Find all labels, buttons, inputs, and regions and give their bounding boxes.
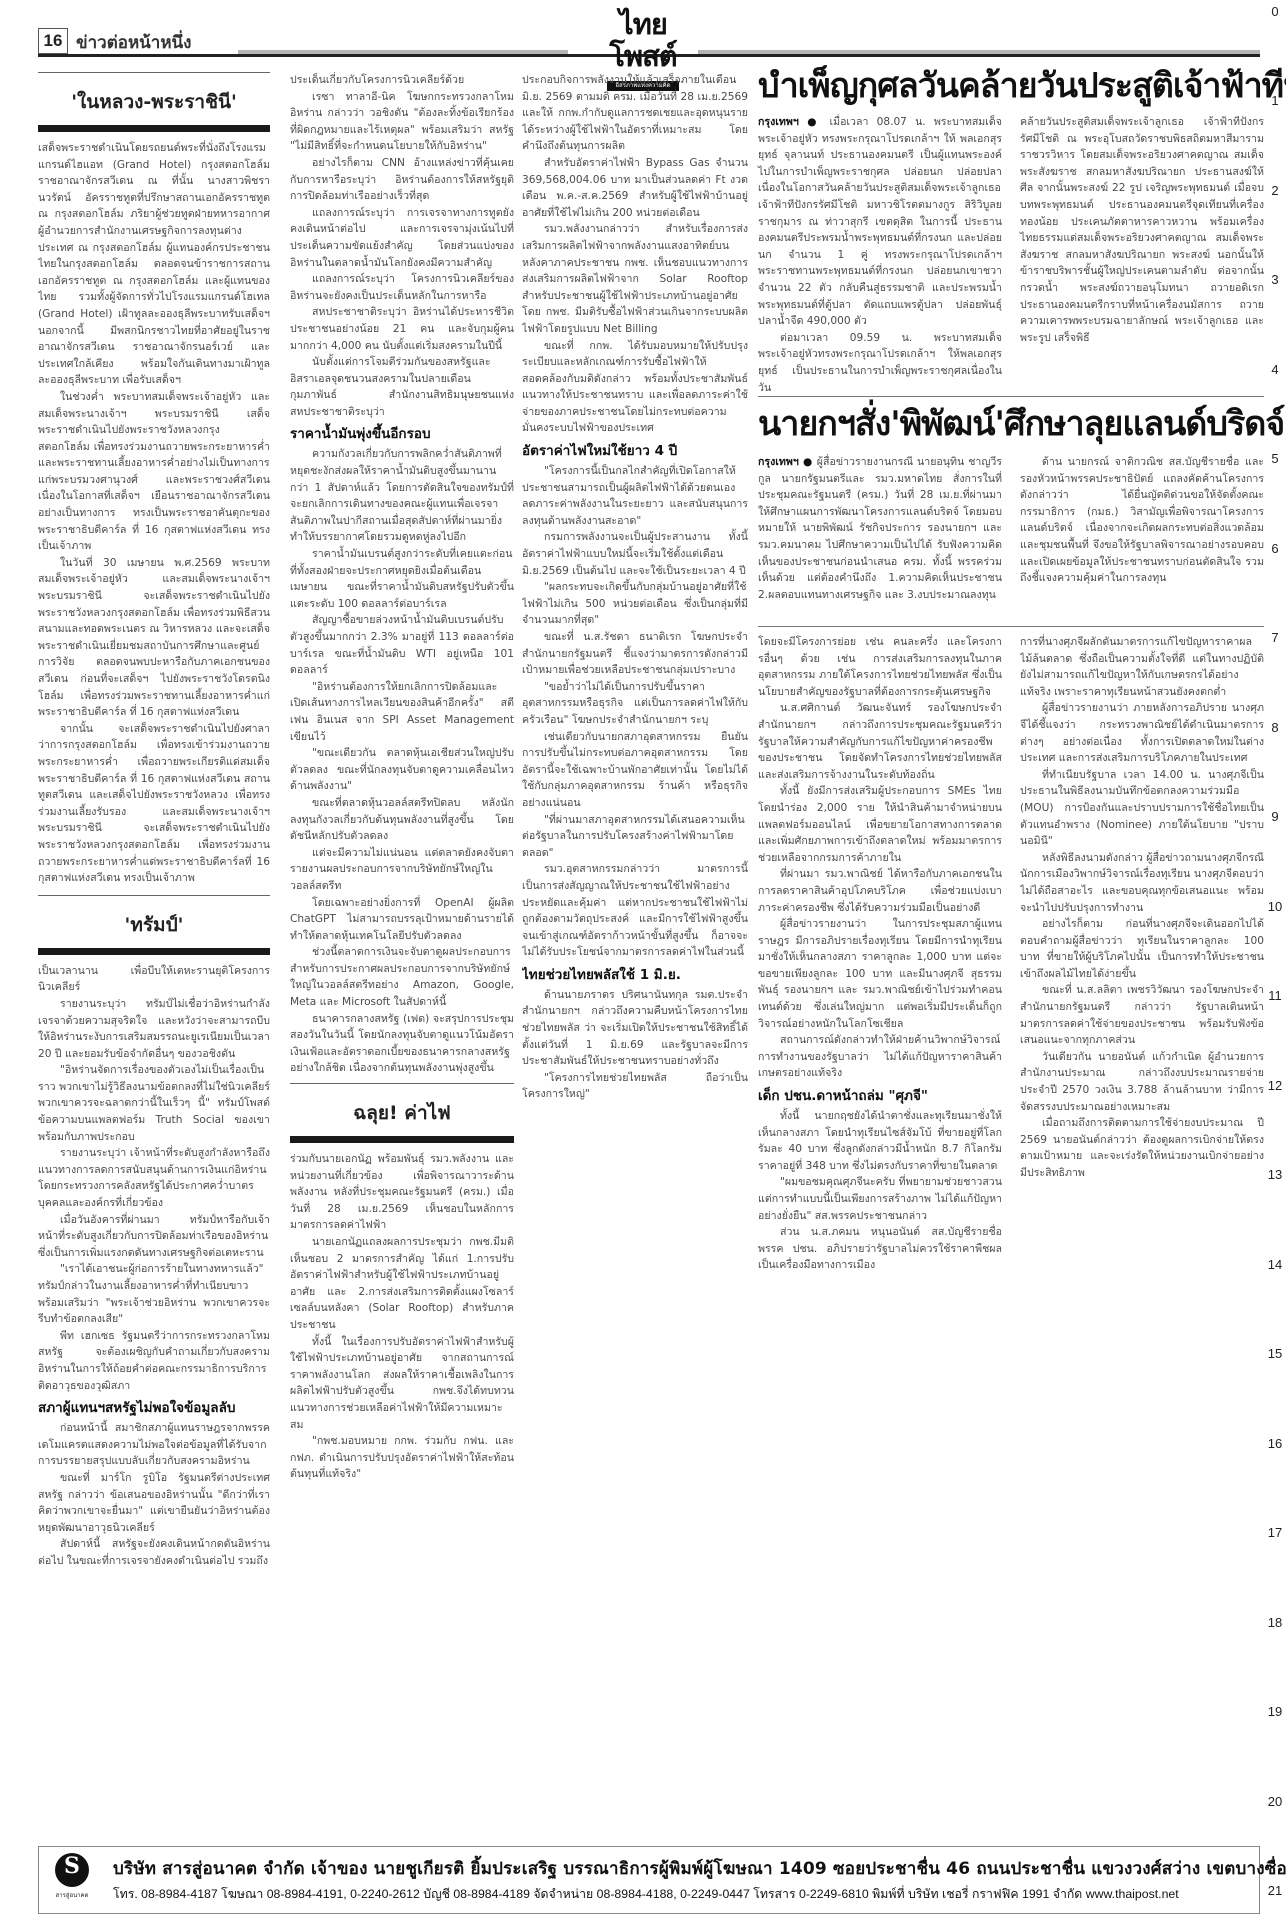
publisher-logo: สารสู่อนาคต xyxy=(49,1853,95,1909)
paragraph: ประเด็นเกี่ยวกับโครงการนิวเคลียร์ด้วย xyxy=(290,72,514,89)
ruler-mark: 8 xyxy=(1264,720,1286,735)
ruler-mark: 21 xyxy=(1264,1883,1286,1898)
paragraph: การที่นางศุภจีผลักดันมาตรการแก้ไขปัญหารา… xyxy=(1020,634,1264,700)
story-column-left: กรุงเทพฯ ● ผู้สื่อข่าวรายงานกรณี นายอนุท… xyxy=(758,454,1002,603)
publisher-imprint: สารสู่อนาคต บริษัท สารสู่อนาคต จำกัด เจ้… xyxy=(38,1846,1260,1914)
subheading: ราคาน้ำมันพุ่งขึ้นอีกรอบ xyxy=(290,422,514,444)
paragraph: รายงานระบุว่า เจ้าหน้าที่ระดับสูงกำลังหา… xyxy=(38,1145,270,1211)
paragraph: ทั้งนี้ ยังมีการส่งเสริมผู้ประกอบการ SME… xyxy=(758,783,1002,866)
ruler-mark: 12 xyxy=(1264,1078,1286,1093)
paragraph: "อิหร่านต้องการให้ยกเลิกการปิดล้อมและเปิ… xyxy=(290,679,514,745)
paragraph: หลังพิธีลงนามดังกล่าว ผู้สื่อข่าวถามนางศ… xyxy=(1020,850,1264,916)
column-3: ประกอบกิจการพลังงานให้แล้วเสร็จภายในเดือ… xyxy=(522,72,748,1842)
paragraph: "โครงการไทยช่วยไทยพลัส ถือว่าเป็นโครงการ… xyxy=(522,1070,748,1103)
paragraph: เช่นเดียวกับนายกสภาอุตสาหกรรม ยืนยันการป… xyxy=(522,729,748,812)
paragraph: วันเดียวกัน นายอนันต์ แก้วกำเนิด ผู้อำนว… xyxy=(1020,1049,1264,1115)
paragraph: "ขณะเดียวกัน ตลาดหุ้นเอเชียส่วนใหญ่ปรับต… xyxy=(290,745,514,795)
paragraph: ด้านนายภราดร ปริศนานันทกุล รมต.ประจำสำนั… xyxy=(522,987,748,1070)
subheading: เด็ก ปชน.ดาหน้าถล่ม "ศุภจี" xyxy=(758,1084,1002,1106)
ruler-mark: 1 xyxy=(1264,93,1286,108)
story-column-right: ด้าน นายกรณ์ จาติกวณิช สส.บัญชีรายชื่อ แ… xyxy=(1020,454,1264,603)
paragraph: ธนาคารกลางสหรัฐ (เฟด) จะสรุปการประชุมสอง… xyxy=(290,1011,514,1077)
paragraph: แถลงการณ์ระบุว่า การเจรจาทางการทูตยังคงเ… xyxy=(290,205,514,271)
paragraph: เรซา ทาลาอี-นิค โฆษกกระทรวงกลาโหมอิหร่าน… xyxy=(290,89,514,155)
paragraph: ความกังวลเกี่ยวกับการพลิกคว่ำสันติภาพที่… xyxy=(290,446,514,546)
column-4: โดยจะมีโครงการย่อย เช่น คนละครึ่ง และโคร… xyxy=(758,634,1002,1834)
paragraph: ผู้สื่อข่าวรายงานว่า ภายหลังการอภิปราย น… xyxy=(1020,700,1264,766)
ruler-mark: 19 xyxy=(1264,1704,1286,1719)
paragraph: ในช่วงค่ำ พระบาทสมเด็จพระเจ้าอยู่หัว และ… xyxy=(38,389,270,555)
paragraph: ขณะที่ กกพ. ได้รับมอบหมายให้ปรับปรุงระเบ… xyxy=(522,338,748,438)
ruler-mark: 20 xyxy=(1264,1794,1286,1809)
subheading: อัตราค่าไฟใหม่ใช้ยาว 4 ปี xyxy=(522,439,748,461)
headline: นายกฯสั่ง'พิพัฒน์'ศึกษาลุยแลนด์บริดจ์ xyxy=(758,402,1264,446)
subheading: ไทยช่วยไทยพลัสใช้ 1 มิ.ย. xyxy=(522,963,748,985)
paragraph: สัญญาซื้อขายล่วงหน้าน้ำมันดิบเบรนต์ปรับต… xyxy=(290,612,514,678)
paragraph: กรมการพลังงานจะเป็นผู้ประสานงาน ทั้งนี้อ… xyxy=(522,529,748,579)
paragraph: ขณะที่ น.ส.ลลิตา เพชรวิวัฒนา รองโฆษกประจ… xyxy=(1020,982,1264,1048)
paragraph: เสด็จพระราชดำเนินโดยรถยนต์พระที่นั่งถึงโ… xyxy=(38,140,270,389)
paragraph: ที่ผ่านมา รมว.พาณิชย์ ได้หารือกับภาคเอกช… xyxy=(758,866,1002,916)
paragraph: พีท เฮกเซธ รัฐมนตรีว่าการกระทรวงกลาโหมสห… xyxy=(38,1328,270,1394)
paragraph: รมว.อุตสาหกรรมกล่าวว่า มาตรการนี้เป็นการ… xyxy=(522,861,748,961)
paragraph: ขณะที่ตลาดหุ้นวอลล์สตรีทปิดลบ หลังนักลงท… xyxy=(290,795,514,845)
box-heading-trump: 'ทรัมป์' xyxy=(38,895,270,948)
paragraph: "ที่ผ่านมาสภาอุตสาหกรรมได้เสนอความเห็นต่… xyxy=(522,812,748,862)
ruler-mark: 2 xyxy=(1264,183,1286,198)
paragraph: คล้ายวันประสูติสมเด็จพระเจ้าลูกเธอ เจ้าฟ… xyxy=(1020,114,1264,346)
publisher-logo-caption: สารสู่อนาคต xyxy=(49,1890,95,1900)
paragraph: สำหรับอัตราค่าไฟฟ้า Bypass Gas จำนวน 369… xyxy=(522,155,748,221)
paragraph: "ขอย้ำว่าไม่ได้เป็นการปรับขึ้นราคาอุตสาห… xyxy=(522,679,748,729)
paragraph: "อิหร่านจัดการเรื่องของตัวเองไม่เป็นเรื่… xyxy=(38,1062,270,1145)
dateline: กรุงเทพฯ ● xyxy=(758,116,821,128)
logo-text: ไทยโพสต์ xyxy=(593,8,693,72)
paragraph: ช่วงนี้ตลาดการเงินจะจับตาดูผลประกอบการสำ… xyxy=(290,944,514,1010)
paragraph: ประกอบกิจการพลังงานให้แล้วเสร็จภายในเดือ… xyxy=(522,72,748,155)
paragraph: สหประชาชาติระบุว่า อิหร่านได้ประหารชีวิต… xyxy=(290,304,514,354)
paragraph: รายงานระบุว่า ทรัมป์ไม่เชื่อว่าอิหร่านกำ… xyxy=(38,996,270,1062)
heading-bar xyxy=(38,125,270,132)
story-birthday-merit: บำเพ็ญกุศลวันคล้ายวันประสูติเจ้าฟ้าทีปัง… xyxy=(758,64,1264,396)
paragraph: กรุงเทพฯ ● ผู้สื่อข่าวรายงานกรณี นายอนุท… xyxy=(758,454,1002,603)
paragraph: เป็นเวลานาน เพื่อบีบให้เตหะรานยุติโครงกา… xyxy=(38,963,270,996)
masthead: 16 ข่าวต่อหน้าหนึ่ง ไทยโพสต์ อิสรภาพแห่ง… xyxy=(38,14,1260,56)
publisher-info: บริษัท สารสู่อนาคต จำกัด เจ้าของ นายชูเก… xyxy=(113,1855,1286,1882)
paragraph: ด้าน นายกรณ์ จาติกวณิช สส.บัญชีรายชื่อ แ… xyxy=(1020,454,1264,587)
ruler-mark: 16 xyxy=(1264,1436,1286,1451)
paragraph: นายเอกนัฏแถลงผลการประชุมว่า กพช.มีมติเห็… xyxy=(290,1234,514,1334)
story-body: กรุงเทพฯ ● ผู้สื่อข่าวรายงานกรณี นายอนุท… xyxy=(758,454,1264,603)
paragraph: แถลงการณ์ระบุว่า โครงการนิวเคลียร์ของอิห… xyxy=(290,271,514,304)
story-divider xyxy=(758,396,1264,397)
paragraph: จากนั้น จะเสด็จพระราชดำเนินไปยังศาลาว่าก… xyxy=(38,721,270,887)
paragraph: เมื่อวันอังคารที่ผ่านมา ทรัมป์หารือกับเจ… xyxy=(38,1212,270,1262)
story-divider xyxy=(758,626,1264,627)
paragraph: สถานการณ์ดังกล่าวทำให้ฝ่ายค้านวิพากษ์วิจ… xyxy=(758,1032,1002,1082)
subheading: สภาผู้แทนฯสหรัฐไม่พอใจข้อมูลลับ xyxy=(38,1396,270,1418)
paragraph: โดยเฉพาะอย่างยิ่งการที่ OpenAI ผู้ผลิต C… xyxy=(290,895,514,945)
paragraph: ทั้งนี้ นายกฤชยังได้นำตาชั่งและทุเรียนมา… xyxy=(758,1108,1002,1174)
paragraph: ต่อมาเวลา 09.59 น. พระบาทสมเด็จพระเจ้าอย… xyxy=(758,330,1002,396)
story-column-right: คล้ายวันประสูติสมเด็จพระเจ้าลูกเธอ เจ้าฟ… xyxy=(1020,114,1264,396)
paragraph: นับตั้งแต่การโจมตีร่วมกันของสหรัฐและอิสร… xyxy=(290,354,514,420)
column-5: การที่นางศุภจีผลักดันมาตรการแก้ไขปัญหารา… xyxy=(1020,634,1264,1834)
ruler-mark: 11 xyxy=(1264,988,1286,1003)
column-1: 'ในหลวง-พระราชินี' เสด็จพระราชดำเนินโดยร… xyxy=(38,72,270,1842)
paragraph-text: เมื่อเวลา 08.07 น. พระบาทสมเด็จพระเจ้าอย… xyxy=(758,116,1002,327)
ruler-mark: 9 xyxy=(1264,809,1286,824)
newspaper-page: 16 ข่าวต่อหน้าหนึ่ง ไทยโพสต์ อิสรภาพแห่ง… xyxy=(0,0,1286,1920)
paragraph: ก่อนหน้านี้ สมาชิกสภาผู้แทนราษฎรจากพรรคเ… xyxy=(38,1420,270,1470)
ruler-mark: 18 xyxy=(1264,1615,1286,1630)
ruler-mark: 7 xyxy=(1264,630,1286,645)
paragraph: "เราได้เอาชนะผู้ก่อการร้ายในทางทหารแล้ว"… xyxy=(38,1261,270,1327)
paragraph: น.ส.ศศิกานต์ วัฒนะจันทร์ รองโฆษกประจำสำน… xyxy=(758,700,1002,783)
paragraph: อย่างไรก็ตาม ก่อนที่นางศุภจีจะเดินออกไปไ… xyxy=(1020,916,1264,982)
story-body: กรุงเทพฯ ● เมื่อเวลา 08.07 น. พระบาทสมเด… xyxy=(758,114,1264,396)
dateline: กรุงเทพฯ ● xyxy=(758,456,813,468)
paragraph: เมื่อถามถึงการติดตามการใช้จ่ายงบประมาณ ป… xyxy=(1020,1115,1264,1181)
column-2: ประเด็นเกี่ยวกับโครงการนิวเคลียร์ด้วย เร… xyxy=(290,72,514,1842)
box-heading-king-queen: 'ในหลวง-พระราชินี' xyxy=(38,72,270,125)
ruler-mark: 3 xyxy=(1264,272,1286,287)
ruler-mark: 14 xyxy=(1264,1257,1286,1272)
paragraph: "ผมขอชมคุณศุภจีนะครับ ที่พยายามช่วยชาวสว… xyxy=(758,1174,1002,1224)
paragraph: สัปดาห์นี้ สหรัฐจะยังคงเดินหน้ากดดันอิหร… xyxy=(38,1536,270,1569)
page-number: 16 xyxy=(38,28,68,54)
heading-bar xyxy=(290,1136,514,1143)
paragraph: ทั้งนี้ ในเรื่องการปรับอัตราค่าไฟฟ้าสำหร… xyxy=(290,1334,514,1434)
ruler-mark: 17 xyxy=(1264,1525,1286,1540)
ruler-mark: 10 xyxy=(1264,899,1286,914)
paragraph: รมว.พลังงานกล่าวว่า สำหรับเรื่องการส่งเส… xyxy=(522,221,748,337)
headline: บำเพ็ญกุศลวันคล้ายวันประสูติเจ้าฟ้าทีปัง… xyxy=(758,64,1264,108)
ruler-mark: 15 xyxy=(1264,1346,1286,1361)
paragraph: ผู้สื่อข่าวรายงานว่า ในการประชุมสภาผู้แท… xyxy=(758,916,1002,1032)
paragraph-text: ผู้สื่อข่าวรายงานกรณี นายอนุทิน ชาญวีรกู… xyxy=(758,456,1002,601)
ruler-mark: 6 xyxy=(1264,541,1286,556)
page-ruler: 0 1 2 3 4 5 6 7 8 9 10 11 12 13 14 15 16… xyxy=(1264,0,1286,1920)
publisher-contacts: โทร. 08-8984-4187 โฆษณา 08-8984-4191, 0-… xyxy=(113,1885,1179,1904)
ruler-mark: 5 xyxy=(1264,451,1286,466)
paragraph: ขณะที่ น.ส.รัชดา ธนาดิเรก โฆษกประจำสำนัก… xyxy=(522,629,748,679)
section-title: ข่าวต่อหน้าหนึ่ง xyxy=(76,29,191,56)
paragraph: ร่วมกับนายเอกนัฏ พร้อมพันธุ์ รมว.พลังงาน… xyxy=(290,1151,514,1234)
ruler-mark: 0 xyxy=(1264,4,1286,19)
ruler-mark: 4 xyxy=(1264,362,1286,377)
box-heading-electricity: ฉลุย! ค่าไฟ xyxy=(290,1083,514,1136)
paragraph: แต่จะมีความไม่แน่นอน แต่ตลาดยังคงจับตารา… xyxy=(290,845,514,895)
paragraph: อย่างไรก็ตาม CNN อ้างแหล่งข่าวที่คุ้นเคย… xyxy=(290,155,514,205)
paragraph: โดยจะมีโครงการย่อย เช่น คนละครึ่ง และโคร… xyxy=(758,634,1002,700)
paragraph: ขณะที่ มาร์โก รูบิโอ รัฐมนตรีต่างประเทศส… xyxy=(38,1470,270,1536)
paragraph: ส่วน น.ส.ภคมน หนุนอนันต์ สส.บัญชีรายชื่อ… xyxy=(758,1224,1002,1274)
paragraph: "โครงการนี้เป็นกลไกสำคัญที่เปิดโอกาสให้ป… xyxy=(522,463,748,529)
newspaper-logo: ไทยโพสต์ อิสรภาพแห่งความคิด xyxy=(593,8,693,56)
paragraph: "ผลกระทบจะเกิดขึ้นกับกลุ่มบ้านอยู่อาศัยท… xyxy=(522,579,748,629)
ruler-mark: 13 xyxy=(1264,1167,1286,1182)
paragraph: กรุงเทพฯ ● เมื่อเวลา 08.07 น. พระบาทสมเด… xyxy=(758,114,1002,330)
paragraph: ในวันที่ 30 เมษายน พ.ศ.2569 พระบาทสมเด็จ… xyxy=(38,555,270,721)
paragraph: "กพช.มอบหมาย กกพ. ร่วมกับ กฟน. และ กฟภ. … xyxy=(290,1433,514,1483)
publisher-logo-icon xyxy=(55,1853,89,1887)
paragraph: ราคาน้ำมันเบรนต์สูงกว่าระดับที่เคยแตะก่อ… xyxy=(290,546,514,612)
paragraph: ที่ทำเนียบรัฐบาล เวลา 14.00 น. นางศุภจีเ… xyxy=(1020,767,1264,850)
heading-bar xyxy=(38,948,270,955)
story-column-left: กรุงเทพฯ ● เมื่อเวลา 08.07 น. พระบาทสมเด… xyxy=(758,114,1002,396)
story-landbridge: นายกฯสั่ง'พิพัฒน์'ศึกษาลุยแลนด์บริดจ์ กร… xyxy=(758,402,1264,603)
